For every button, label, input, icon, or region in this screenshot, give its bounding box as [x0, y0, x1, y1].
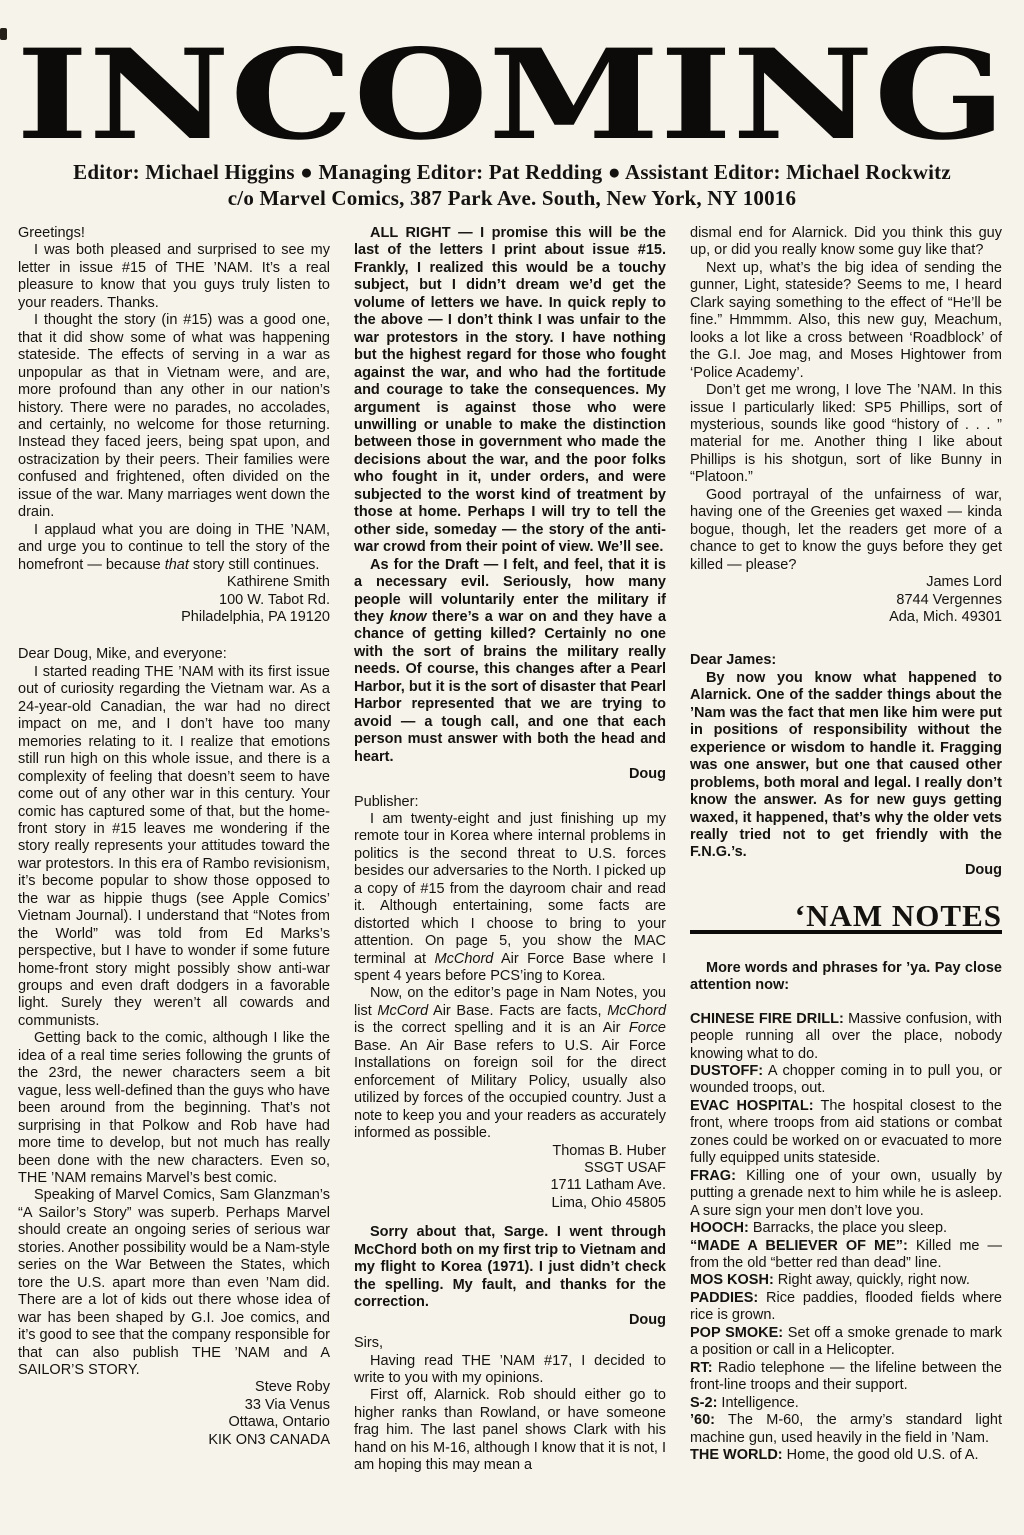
- letter-paragraph: I thought the story (in #15) was a good …: [18, 312, 330, 521]
- styled-text: that: [165, 557, 189, 573]
- letter-signature: James Lord8744 VergennesAda, Mich. 49301: [690, 574, 1002, 626]
- signature-line: Kathirene Smith: [18, 574, 330, 591]
- glossary-entry: ’60: The M-60, the army’s standard light…: [690, 1412, 1002, 1447]
- styled-text: THE WORLD:: [690, 1447, 783, 1463]
- masthead: INCOMING Editor: Michael Higgins ● Manag…: [0, 0, 1024, 211]
- signature-line: Lima, Ohio 45805: [354, 1195, 666, 1212]
- letters-column-3: dismal end for Alarnick. Did you think t…: [690, 225, 1002, 1475]
- mailing-address-line: c/o Marvel Comics, 387 Park Ave. South, …: [0, 186, 1024, 211]
- styled-text: ’60:: [690, 1412, 715, 1428]
- glossary-entry: POP SMOKE: Set off a smoke grenade to ma…: [690, 1325, 1002, 1360]
- letters-column-2: ALL RIGHT — I promise this will be the l…: [354, 225, 666, 1475]
- letter-paragraph: I applaud what you are doing in THE ’NAM…: [18, 522, 330, 574]
- letter-paragraph: Speaking of Marvel Comics, Sam Glanzman’…: [18, 1187, 330, 1379]
- letter-paragraph: ALL RIGHT — I promise this will be the l…: [354, 225, 666, 557]
- styled-text: MOS KOSH:: [690, 1272, 774, 1288]
- styled-text: RT:: [690, 1360, 713, 1376]
- glossary-entry: EVAC HOSPITAL: The hospital closest to t…: [690, 1098, 1002, 1168]
- letter-signature: Steve Roby33 Via VenusOttawa, OntarioKIK…: [18, 1379, 330, 1449]
- signature-line: Ada, Mich. 49301: [690, 609, 1002, 626]
- styled-text: McChord: [607, 1003, 666, 1019]
- letter-paragraph: Dear James:: [690, 652, 1002, 669]
- letter-signature: Thomas B. HuberSSGT USAF1711 Latham Ave.…: [354, 1143, 666, 1213]
- signature-line: Steve Roby: [18, 1379, 330, 1396]
- glossary-entry: THE WORLD: Home, the good old U.S. of A.: [690, 1447, 1002, 1464]
- styled-text: S-2:: [690, 1395, 717, 1411]
- styled-text: “MADE A BELIEVER OF ME”:: [690, 1238, 908, 1254]
- editor-signoff: Doug: [690, 862, 1002, 879]
- signature-line: Philadelphia, PA 19120: [18, 609, 330, 626]
- styled-text: POP SMOKE:: [690, 1325, 783, 1341]
- letters-column-1: Greetings!I was both pleased and surpris…: [18, 225, 330, 1475]
- letter-paragraph: More words and phrases for ’ya. Pay clos…: [690, 960, 1002, 995]
- letter-paragraph: Having read THE ’NAM #17, I decided to w…: [354, 1353, 666, 1388]
- letter-paragraph: First off, Alarnick. Rob should either g…: [354, 1387, 666, 1474]
- signature-line: James Lord: [690, 574, 1002, 591]
- print-artifact: [0, 28, 7, 40]
- letter-paragraph: Sirs,: [354, 1335, 666, 1352]
- signature-line: Thomas B. Huber: [354, 1143, 666, 1160]
- signature-line: 1711 Latham Ave.: [354, 1177, 666, 1194]
- glossary-entry: MOS KOSH: Right away, quickly, right now…: [690, 1272, 1002, 1289]
- styled-text: FRAG:: [690, 1168, 736, 1184]
- letter-paragraph: By now you know what happened to Alarnic…: [690, 670, 1002, 862]
- letter-paragraph: Next up, what’s the big idea of sending …: [690, 260, 1002, 382]
- signature-line: KIK ON3 CANADA: [18, 1432, 330, 1449]
- signature-line: 100 W. Tabot Rd.: [18, 592, 330, 609]
- letter-paragraph: Dear Doug, Mike, and everyone:: [18, 646, 330, 663]
- styled-text: CHINESE FIRE DRILL:: [690, 1011, 844, 1027]
- styled-text: HOOCH:: [690, 1220, 749, 1236]
- styled-text: McCord: [377, 1003, 428, 1019]
- letter-paragraph: Sorry about that, Sarge. I went through …: [354, 1224, 666, 1311]
- styled-text: know: [389, 609, 426, 625]
- glossary-entry: S-2: Intelligence.: [690, 1395, 1002, 1412]
- signature-line: 8744 Vergennes: [690, 592, 1002, 609]
- styled-text: McChord: [435, 951, 494, 967]
- styled-text: EVAC HOSPITAL:: [690, 1098, 814, 1114]
- signature-line: Ottawa, Ontario: [18, 1414, 330, 1431]
- glossary-entry: CHINESE FIRE DRILL: Massive confusion, w…: [690, 1011, 1002, 1063]
- letter-paragraph: Getting back to the comic, although I li…: [18, 1030, 330, 1187]
- letter-signature: Kathirene Smith100 W. Tabot Rd.Philadelp…: [18, 574, 330, 626]
- incoming-title-art: INCOMING: [16, 34, 1008, 156]
- letter-paragraph: I am twenty-eight and just finishing up …: [354, 811, 666, 986]
- letter-paragraph: Greetings!: [18, 225, 330, 242]
- letter-paragraph: Publisher:: [354, 794, 666, 811]
- letter-paragraph: Now, on the editor’s page in Nam Notes, …: [354, 985, 666, 1142]
- glossary-entry: DUSTOFF: A chopper coming in to pull you…: [690, 1063, 1002, 1098]
- glossary-entry: HOOCH: Barracks, the place you sleep.: [690, 1220, 1002, 1237]
- editor-signoff: Doug: [354, 766, 666, 783]
- letter-paragraph: I was both pleased and surprised to see …: [18, 242, 330, 312]
- letters-page-columns: Greetings!I was both pleased and surpris…: [0, 211, 1024, 1475]
- letter-paragraph: Don’t get me wrong, I love The ’NAM. In …: [690, 382, 1002, 487]
- editor-signoff: Doug: [354, 1312, 666, 1329]
- glossary-entry: FRAG: Killing one of your own, usually b…: [690, 1168, 1002, 1220]
- styled-text: DUSTOFF:: [690, 1063, 763, 1079]
- page-title: INCOMING: [16, 34, 1006, 156]
- nam-notes-heading: ‘NAM NOTES: [690, 907, 1002, 933]
- glossary-entry: RT: Radio telephone — the lifeline betwe…: [690, 1360, 1002, 1395]
- letter-paragraph: As for the Draft — I felt, and feel, tha…: [354, 557, 666, 766]
- glossary-entry: “MADE A BELIEVER OF ME”: Killed me — fro…: [690, 1238, 1002, 1273]
- letter-paragraph: I started reading THE ’NAM with its firs…: [18, 664, 330, 1031]
- letter-paragraph: dismal end for Alarnick. Did you think t…: [690, 225, 1002, 260]
- editor-credits-line: Editor: Michael Higgins ● Managing Edito…: [0, 160, 1024, 185]
- styled-text: Force: [629, 1020, 666, 1036]
- signature-line: 33 Via Venus: [18, 1397, 330, 1414]
- styled-text: PADDIES:: [690, 1290, 758, 1306]
- signature-line: SSGT USAF: [354, 1160, 666, 1177]
- glossary-entry: PADDIES: Rice paddies, flooded fields wh…: [690, 1290, 1002, 1325]
- letter-paragraph: Good portrayal of the unfairness of war,…: [690, 487, 1002, 574]
